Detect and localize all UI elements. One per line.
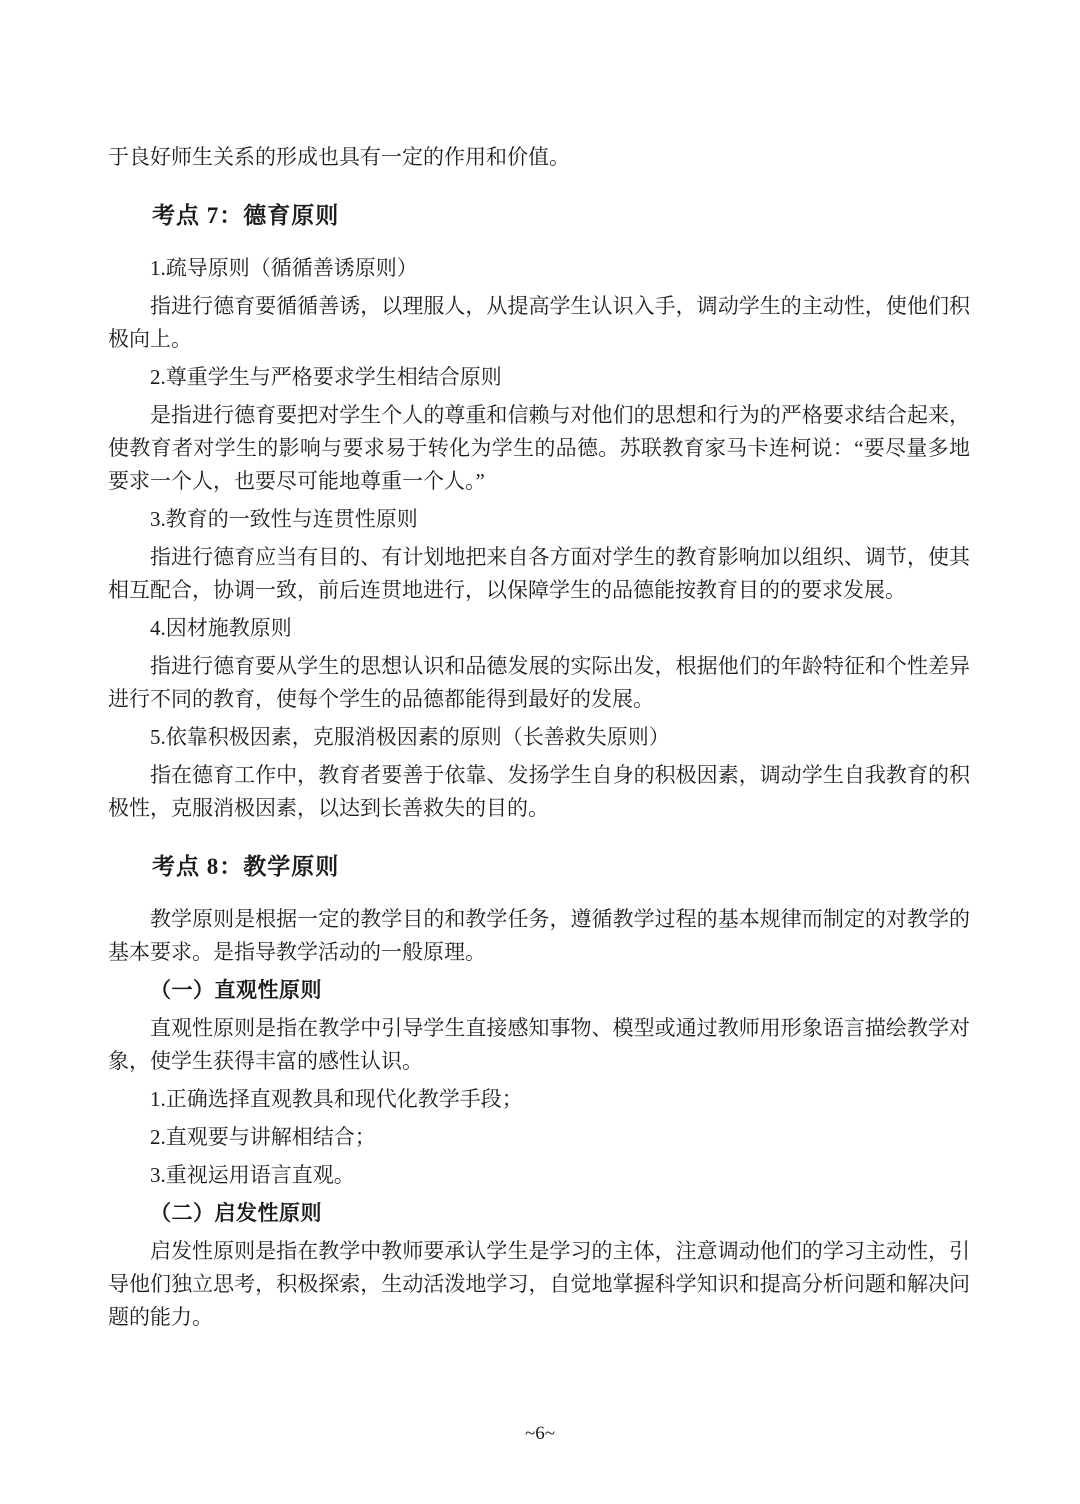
sub-heading-qifaxing: （二）启发性原则 [108, 1197, 970, 1230]
section-heading-kaodian-8: 考点 8：教学原则 [108, 850, 970, 884]
numbered-item: 5.依靠积极因素，克服消极因素的原则（长善救失原则） [108, 721, 970, 754]
page-number: ~6~ [0, 1422, 1080, 1446]
body-paragraph: 是指进行德育要把对学生个人的尊重和信赖与对他们的思想和行为的严格要求结合起来，使… [108, 399, 970, 498]
numbered-item: 3.教育的一致性与连贯性原则 [108, 503, 970, 536]
body-paragraph: 教学原则是根据一定的教学目的和教学任务，遵循教学过程的基本规律而制定的对教学的基… [108, 903, 970, 969]
numbered-item: 2.直观要与讲解相结合； [108, 1121, 970, 1154]
numbered-item: 2.尊重学生与严格要求学生相结合原则 [108, 361, 970, 394]
continuation-paragraph: 于良好师生关系的形成也具有一定的作用和价值。 [108, 141, 970, 174]
body-paragraph: 直观性原则是指在教学中引导学生直接感知事物、模型或通过教师用形象语言描绘教学对象… [108, 1012, 970, 1078]
document-page: 于良好师生关系的形成也具有一定的作用和价值。 考点 7：德育原则 1.疏导原则（… [0, 0, 1080, 1504]
body-paragraph: 启发性原则是指在教学中教师要承认学生是学习的主体，注意调动他们的学习主动性，引导… [108, 1235, 970, 1334]
page-content: 于良好师生关系的形成也具有一定的作用和价值。 考点 7：德育原则 1.疏导原则（… [108, 141, 970, 1339]
numbered-item: 4.因材施教原则 [108, 612, 970, 645]
body-paragraph: 指进行德育要从学生的思想认识和品德发展的实际出发，根据他们的年龄特征和个性差异进… [108, 650, 970, 716]
numbered-item: 1.正确选择直观教具和现代化教学手段； [108, 1083, 970, 1116]
sub-heading-zhiguanxing: （一）直观性原则 [108, 974, 970, 1007]
numbered-item: 1.疏导原则（循循善诱原则） [108, 252, 970, 285]
numbered-item: 3.重视运用语言直观。 [108, 1159, 970, 1192]
body-paragraph: 指在德育工作中，教育者要善于依靠、发扬学生自身的积极因素，调动学生自我教育的积极… [108, 759, 970, 825]
body-paragraph: 指进行德育应当有目的、有计划地把来自各方面对学生的教育影响加以组织、调节，使其相… [108, 541, 970, 607]
body-paragraph: 指进行德育要循循善诱，以理服人，从提高学生认识入手，调动学生的主动性，使他们积极… [108, 290, 970, 356]
section-heading-kaodian-7: 考点 7：德育原则 [108, 199, 970, 233]
